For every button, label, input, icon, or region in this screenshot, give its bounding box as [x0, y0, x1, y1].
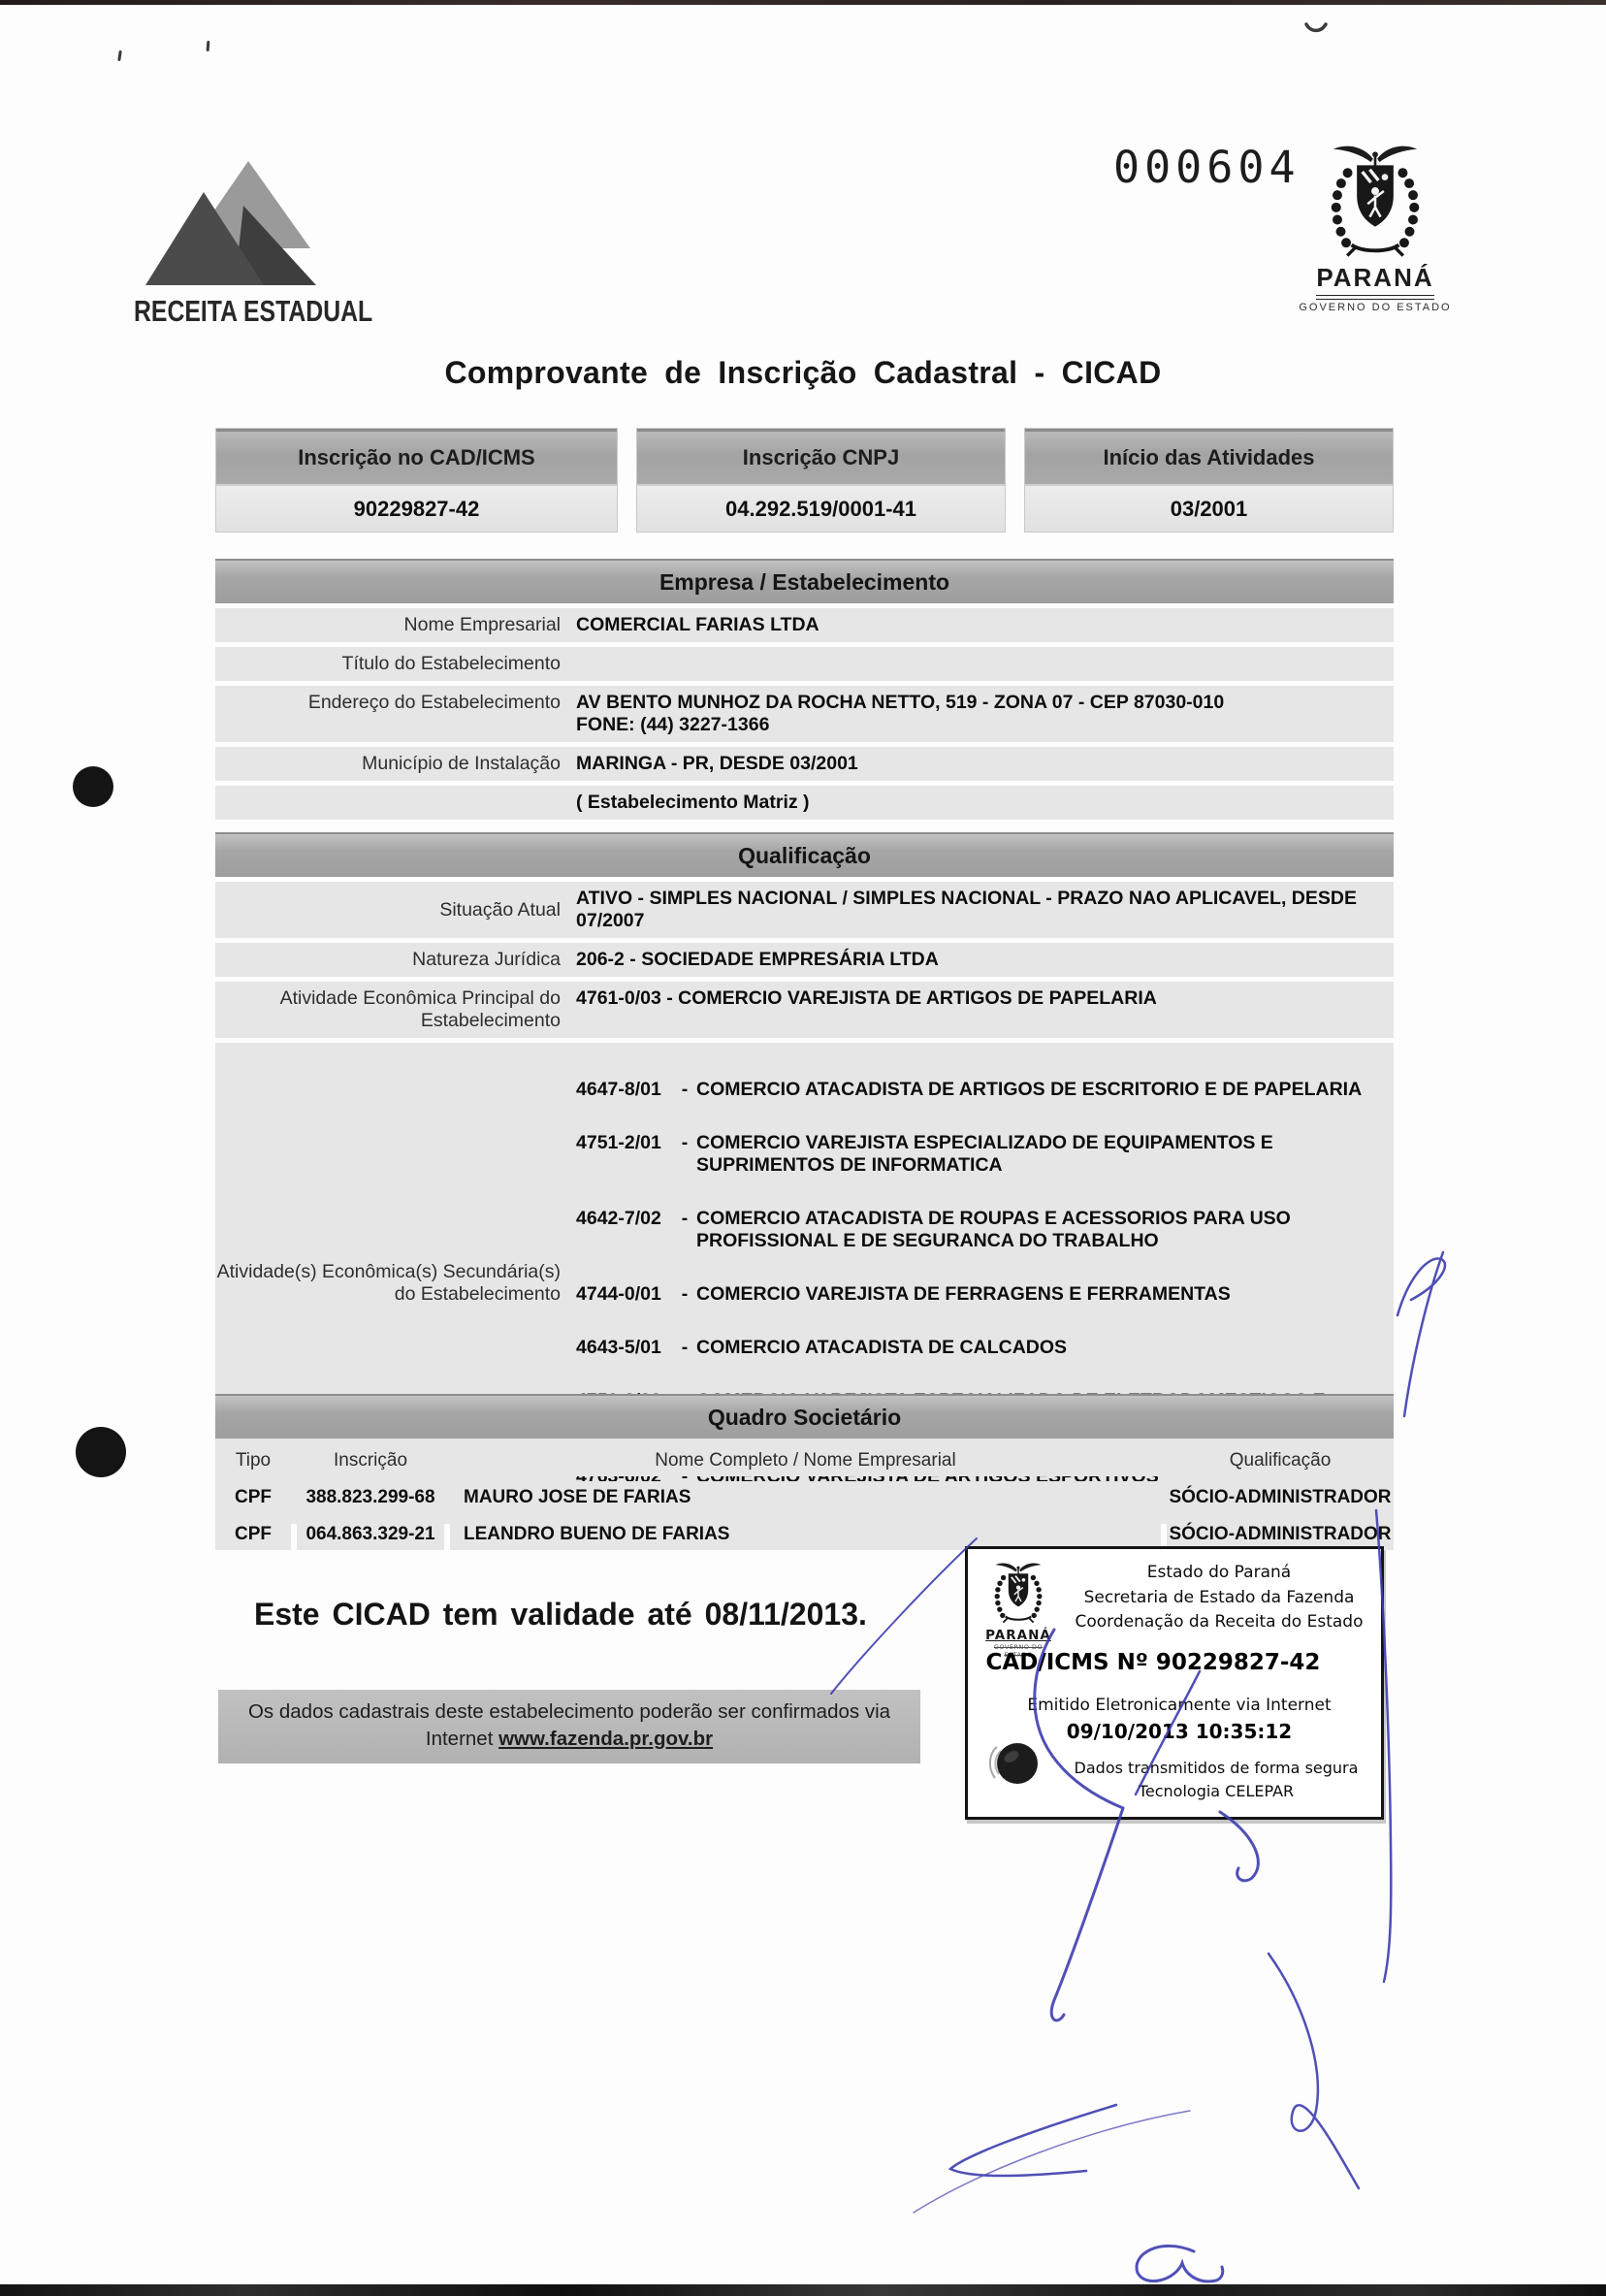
field-value: ( Estabelecimento Matriz ) — [570, 786, 1394, 820]
empresa-section: Empresa / Estabelecimento Nome Empresari… — [215, 559, 1394, 820]
summary-box-value: 90229827-42 — [216, 484, 617, 532]
scan-edge-bottom — [0, 2284, 1606, 2296]
summary-box-value: 04.292.519/0001-41 — [637, 484, 1005, 532]
field-label: Município de Instalação — [215, 747, 570, 781]
field-label: Atividade Econômica Principal do Estabel… — [215, 982, 570, 1038]
page-title: Comprovante de Inscrição Cadastral - CIC… — [0, 355, 1606, 391]
table-row: Nome Empresarial COMERCIAL FARIAS LTDA — [215, 608, 1394, 642]
summary-boxes: Inscrição no CAD/ICMS 90229827-42 Inscri… — [215, 428, 1394, 533]
document-stamp-number: 000604 — [1113, 142, 1301, 193]
pen-stroke — [914, 2111, 1190, 2213]
scan-edge-top — [0, 0, 1606, 5]
parana-logo-name: PARANÁ — [1298, 263, 1453, 293]
scan-speck — [117, 50, 122, 61]
stamp-logo-name: PARANÁ — [980, 1628, 1057, 1643]
pen-stroke — [1269, 1954, 1359, 2188]
summary-box-label: Início das Atividades — [1025, 429, 1393, 484]
pen-stroke — [1220, 1812, 1258, 1881]
summary-box-label: Inscrição no CAD/ICMS — [216, 429, 617, 484]
activity-code: 4647-8/01 — [576, 1079, 673, 1101]
activity-code: 4751-2/01 — [576, 1132, 673, 1177]
confirm-line2: Internet www.fazenda.pr.gov.br — [218, 1726, 920, 1753]
confirm-line2-prefix: Internet — [426, 1728, 498, 1750]
stamp-secure-lines: Dados transmitidos de forma segura Tecno… — [1057, 1757, 1375, 1803]
column-header: Inscrição — [297, 1444, 444, 1476]
stamp-parana-crest-icon — [987, 1561, 1049, 1625]
field-value: 4761-0/03 - COMERCIO VAREJISTA DE ARTIGO… — [570, 982, 1394, 1016]
pen-mark-top — [1306, 24, 1326, 30]
table-row: ( Estabelecimento Matriz ) — [215, 786, 1394, 820]
table-row: Município de Instalação MARINGA - PR, DE… — [215, 747, 1394, 781]
stamp-org-line3: Coordenação da Receita do Estado — [1063, 1610, 1375, 1635]
stamp-emitted-line: Emitido Eletronicamente via Internet — [1003, 1696, 1356, 1715]
summary-box-label: Inscrição CNPJ — [637, 429, 1005, 484]
activity-code: 4643-5/01 — [576, 1337, 673, 1359]
field-label: Atividade(s) Econômica(s) Secundária(s) … — [215, 1255, 570, 1311]
table-row: Situação Atual ATIVO - SIMPLES NACIONAL … — [215, 882, 1394, 938]
confirm-line1: Os dados cadastrais deste estabeleciment… — [218, 1698, 920, 1726]
quadro-section-title: Quadro Societário — [215, 1394, 1394, 1439]
activity-description: COMERCIO VAREJISTA ESPECIALIZADO DE EQUI… — [696, 1132, 1386, 1177]
field-label: Endereço do Estabelecimento — [215, 686, 570, 720]
field-value: COMERCIAL FARIAS LTDA — [570, 608, 1394, 642]
summary-box-inicio: Início das Atividades 03/2001 — [1024, 428, 1394, 533]
activity-item: 4642-7/02-COMERCIO ATACADISTA DE ROUPAS … — [576, 1208, 1386, 1252]
activity-code: 4642-7/02 — [576, 1208, 673, 1252]
cell-tipo: CPF — [215, 1481, 291, 1513]
summary-box-value: 03/2001 — [1025, 484, 1393, 532]
table-row: Endereço do Estabelecimento AV BENTO MUN… — [215, 686, 1394, 742]
activity-item: 4647-8/01-COMERCIO ATACADISTA DE ARTIGOS… — [576, 1079, 1386, 1101]
pen-stroke — [1137, 2246, 1223, 2281]
field-label: Título do Estabelecimento — [215, 647, 570, 681]
column-header: Qualificação — [1167, 1444, 1394, 1476]
confirm-info-box: Os dados cadastrais deste estabeleciment… — [218, 1690, 920, 1763]
scanned-document-page: RECEITA ESTADUAL 000604 PARANÁ GOVERNO D… — [0, 0, 1606, 2296]
field-value: 206-2 - SOCIEDADE EMPRESÁRIA LTDA — [570, 943, 1394, 977]
field-label: Nome Empresarial — [215, 608, 570, 642]
empresa-section-title: Empresa / Estabelecimento — [215, 559, 1394, 603]
scan-speck — [207, 41, 210, 51]
pen-stroke — [1051, 1808, 1123, 2021]
activity-code: 4744-0/01 — [576, 1283, 673, 1306]
secure-lock-icon — [983, 1735, 1045, 1799]
cell-nome: MAURO JOSE DE FARIAS — [450, 1481, 1161, 1513]
field-value: AV BENTO MUNHOZ DA ROCHA NETTO, 519 - ZO… — [570, 686, 1394, 742]
stamp-org-lines: Estado do Paraná Secretaria de Estado da… — [1063, 1561, 1375, 1635]
receita-estadual-logo-text: RECEITA ESTADUAL — [134, 294, 337, 329]
stamp-org-line1: Estado do Paraná — [1063, 1561, 1375, 1586]
activity-separator: - — [673, 1337, 696, 1359]
activity-description: COMERCIO ATACADISTA DE ARTIGOS DE ESCRIT… — [696, 1079, 1386, 1101]
stamp-cadicms-number: CAD/ICMS Nº 90229827-42 — [976, 1650, 1331, 1675]
parana-logo-rule — [1316, 295, 1434, 300]
pen-stroke — [1397, 1259, 1445, 1315]
activity-item: 4643-5/01-COMERCIO ATACADISTA DE CALCADO… — [576, 1337, 1386, 1359]
electronic-stamp-box: PARANÁ GOVERNO DO ESTADO Estado do Paran… — [965, 1546, 1384, 1820]
qualificacao-section-title: Qualificação — [215, 832, 1394, 877]
cell-qualificacao: SÓCIO-ADMINISTRADOR — [1167, 1481, 1394, 1513]
activity-separator: - — [673, 1208, 696, 1252]
stamp-secure-line1: Dados transmitidos de forma segura — [1057, 1757, 1375, 1780]
receita-estadual-logo: RECEITA ESTADUAL — [134, 155, 388, 329]
summary-box-cnpj: Inscrição CNPJ 04.292.519/0001-41 — [636, 428, 1006, 533]
field-label — [215, 786, 570, 797]
activity-description: COMERCIO VAREJISTA DE FERRAGENS E FERRAM… — [696, 1283, 1386, 1306]
table-row: Título do Estabelecimento — [215, 647, 1394, 681]
column-header: Nome Completo / Nome Empresarial — [450, 1444, 1161, 1476]
activity-item: 4751-2/01-COMERCIO VAREJISTA ESPECIALIZA… — [576, 1132, 1386, 1177]
activity-separator: - — [673, 1079, 696, 1101]
fazenda-url: www.fazenda.pr.gov.br — [498, 1728, 713, 1750]
field-label: Natureza Jurídica — [215, 943, 570, 977]
stamp-emitted-datetime: 09/10/2013 10:35:12 — [1003, 1720, 1356, 1743]
pen-stroke — [950, 2105, 1116, 2176]
parana-logo-subtitle: GOVERNO DO ESTADO — [1298, 302, 1453, 313]
quadro-societario-section: Quadro Societário Tipo Inscrição Nome Co… — [215, 1394, 1394, 1550]
field-label: Situação Atual — [215, 893, 570, 927]
pen-stroke — [1404, 1252, 1443, 1416]
parana-crest-icon — [1318, 142, 1432, 260]
cell-inscricao: 064.863.329-21 — [297, 1518, 444, 1550]
stamp-secure-line2: Tecnologia CELEPAR — [1057, 1780, 1375, 1803]
stamp-parana-crest: PARANÁ GOVERNO DO ESTADO — [980, 1561, 1057, 1659]
activity-description: COMERCIO ATACADISTA DE CALCADOS — [696, 1337, 1386, 1359]
field-value — [570, 647, 1394, 681]
quadro-table: Tipo Inscrição Nome Completo / Nome Empr… — [215, 1444, 1394, 1550]
activity-separator: - — [673, 1132, 696, 1177]
hole-punch-mark — [76, 1427, 126, 1477]
table-row: Natureza Jurídica 206-2 - SOCIEDADE EMPR… — [215, 943, 1394, 977]
field-value: ATIVO - SIMPLES NACIONAL / SIMPLES NACIO… — [570, 882, 1394, 938]
summary-box-cadicms: Inscrição no CAD/ICMS 90229827-42 — [215, 428, 618, 533]
receita-estadual-triangles-icon — [134, 155, 388, 287]
activity-description: COMERCIO ATACADISTA DE ROUPAS E ACESSORI… — [696, 1208, 1386, 1252]
field-value: MARINGA - PR, DESDE 03/2001 — [570, 747, 1394, 781]
parana-crest: PARANÁ GOVERNO DO ESTADO — [1298, 142, 1453, 313]
validity-text: Este CICAD tem validade até 08/11/2013. — [254, 1597, 867, 1633]
column-header: Tipo — [215, 1444, 291, 1476]
activity-separator: - — [673, 1283, 696, 1306]
cell-inscricao: 388.823.299-68 — [297, 1481, 444, 1513]
activity-item: 4744-0/01-COMERCIO VAREJISTA DE FERRAGEN… — [576, 1283, 1386, 1306]
cell-tipo: CPF — [215, 1518, 291, 1550]
stamp-org-line2: Secretaria de Estado da Fazenda — [1063, 1586, 1375, 1611]
table-row: Atividade Econômica Principal do Estabel… — [215, 982, 1394, 1038]
hole-punch-mark — [73, 766, 113, 807]
